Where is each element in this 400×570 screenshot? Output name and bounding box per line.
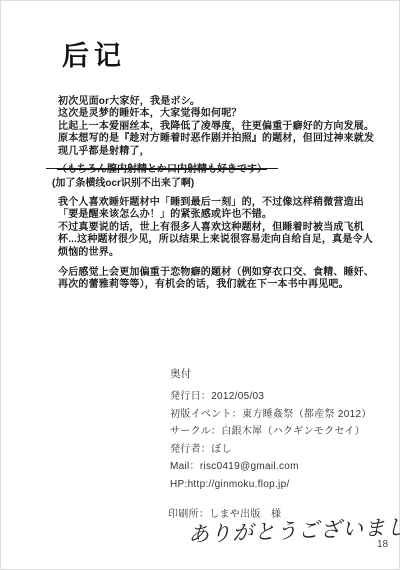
afterword-paragraph-1: 初次见面or大家好，我是ボシ。 这次是灵梦的睡奸本，大家觉得如何呢？ 比起上一本… bbox=[58, 96, 376, 158]
page-number: 18 bbox=[377, 539, 388, 550]
colophon-details: 発行日：2012/05/03 初版イベント：東方睡姦祭（都産祭 2012） サー… bbox=[170, 388, 372, 494]
afterword-paragraph-3: 今后感觉上会更加偏重于恋物癖的题材（例如穿衣口交、食精、睡奸、 再次的蕾雅莉等等… bbox=[58, 267, 376, 292]
afterword-page: 后记 初次见面or大家好，我是ボシ。 这次是灵梦的睡奸本，大家觉得如何呢？ 比起… bbox=[0, 0, 400, 570]
strike-line-left bbox=[46, 168, 57, 170]
afterword-paragraph-2: 我个人喜欢睡奸题材中「睡到最后一刻」的，不过像这样稍微营造出 「要是醒来该怎么办… bbox=[58, 197, 376, 259]
strike-line-right bbox=[267, 168, 278, 170]
translator-ocr-note: (加了条横线ocr识别不出来了啊) bbox=[52, 174, 194, 189]
colophon-block: 奥付 発行日：2012/05/03 初版イベント：東方睡姦祭（都産祭 2012）… bbox=[170, 366, 372, 494]
strikethrough-note-row: （もちろん膣内射精とか口内射精も好きです） bbox=[46, 160, 278, 175]
page-title: 后记 bbox=[62, 34, 126, 73]
colophon-heading: 奥付 bbox=[170, 366, 372, 381]
